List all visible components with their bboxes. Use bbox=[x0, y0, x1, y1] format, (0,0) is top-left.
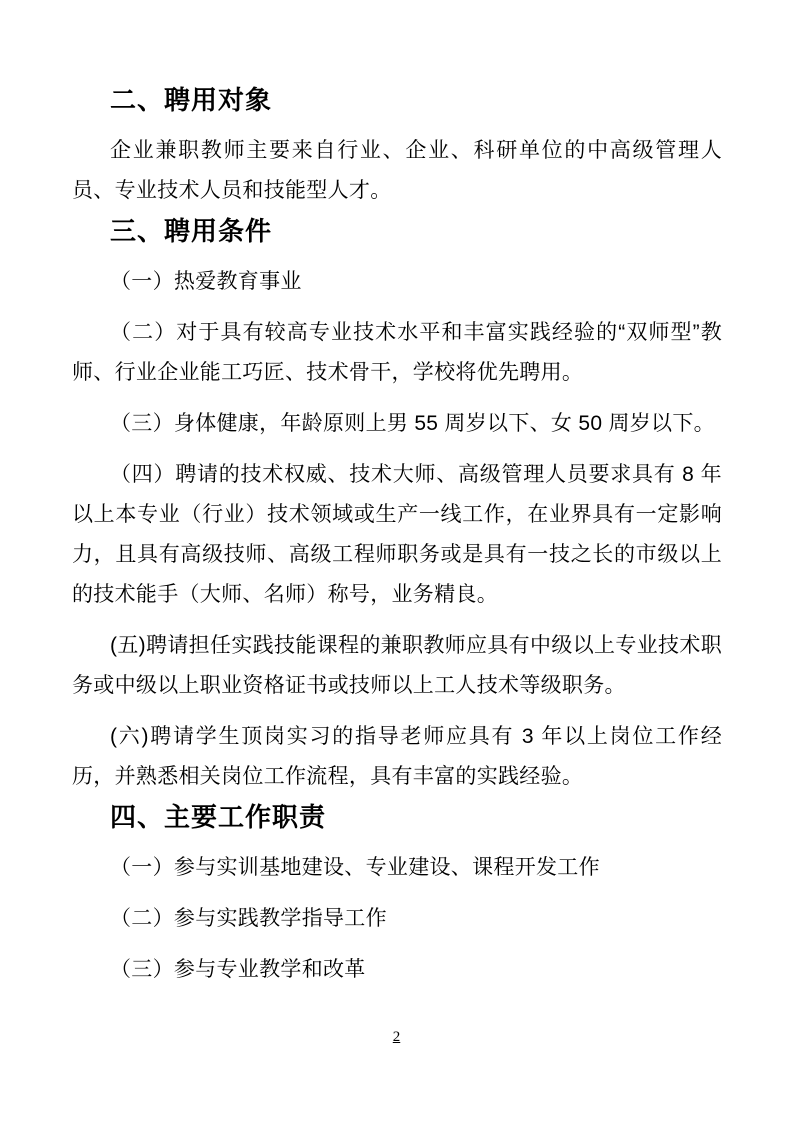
list-item-paragraph: （一）热爱教育事业 bbox=[72, 262, 722, 302]
section-heading: 四、主要工作职责 bbox=[72, 797, 722, 837]
page-footer: 2 bbox=[0, 1028, 793, 1046]
page-number: 2 bbox=[393, 1029, 401, 1045]
list-item-paragraph: （二）参与实践教学指导工作 bbox=[72, 899, 722, 939]
section-employment-target: 二、聘用对象 企业兼职教师主要来自行业、企业、科研单位的中高级管理人员、专业技术… bbox=[72, 80, 722, 211]
list-item-paragraph: （二）对于具有较高专业技术水平和丰富实践经验的“双师型”教师、行业企业能工巧匠、… bbox=[72, 313, 722, 393]
section-heading: 三、聘用条件 bbox=[72, 211, 722, 251]
section-main-duties: 四、主要工作职责 （一）参与实训基地建设、专业建设、课程开发工作 （二）参与实践… bbox=[72, 797, 722, 990]
section-heading: 二、聘用对象 bbox=[72, 80, 722, 120]
list-item-paragraph: （四）聘请的技术权威、技术大师、高级管理人员要求具有 8 年以上本专业（行业）技… bbox=[72, 455, 722, 615]
list-item-paragraph: (五)聘请担任实践技能课程的兼职教师应具有中级以上专业技术职务或中级以上职业资格… bbox=[72, 626, 722, 706]
list-item-paragraph: （三）参与专业教学和改革 bbox=[72, 950, 722, 990]
document-body: 二、聘用对象 企业兼职教师主要来自行业、企业、科研单位的中高级管理人员、专业技术… bbox=[72, 80, 722, 990]
list-item-paragraph: （三）身体健康，年龄原则上男 55 周岁以下、女 50 周岁以下。 bbox=[72, 404, 722, 444]
document-page: 二、聘用对象 企业兼职教师主要来自行业、企业、科研单位的中高级管理人员、专业技术… bbox=[0, 0, 793, 1122]
list-item-paragraph: (六)聘请学生顶岗实习的指导老师应具有 3 年以上岗位工作经历，并熟悉相关岗位工… bbox=[72, 717, 722, 797]
list-item-paragraph: （一）参与实训基地建设、专业建设、课程开发工作 bbox=[72, 848, 722, 888]
paragraph: 企业兼职教师主要来自行业、企业、科研单位的中高级管理人员、专业技术人员和技能型人… bbox=[72, 131, 722, 211]
section-employment-conditions: 三、聘用条件 （一）热爱教育事业 （二）对于具有较高专业技术水平和丰富实践经验的… bbox=[72, 211, 722, 797]
